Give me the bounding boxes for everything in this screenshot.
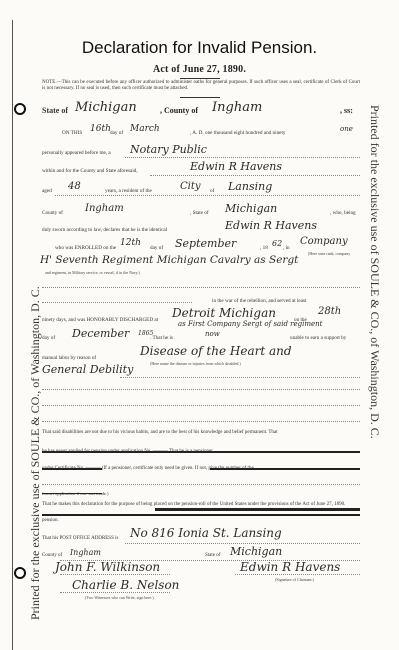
year-value: one <box>340 125 353 133</box>
note-text: NOTE.—This can be executed before any of… <box>42 80 360 92</box>
witness-label: (Two Witnesses who can Write, sign here.… <box>85 595 154 600</box>
strikethrough <box>42 493 102 494</box>
witness-1-signature: John F. Wilkinson <box>55 560 160 574</box>
address-value: No 816 Ionia St. Lansing <box>130 526 282 540</box>
state-label: State of <box>42 106 68 115</box>
discharge-note: as First Company Sergt of said regiment <box>178 320 322 328</box>
discharge-place: Detroit Michigan <box>172 306 276 320</box>
rank-note: (Here state rank, company <box>308 251 350 256</box>
witness-2-signature: Charlie B. Nelson <box>72 578 179 592</box>
claimant-signature: Edwin R Havens <box>240 560 340 574</box>
company-value: Company <box>300 236 348 247</box>
pension-declaration-form: Declaration for Invalid Pension. Act of … <box>0 0 399 650</box>
strikethrough <box>210 468 360 470</box>
side-text-left: Printed for the exclusive use of SOULE &… <box>28 286 43 620</box>
strikethrough <box>42 451 360 453</box>
enroll-day: 12th <box>120 238 141 248</box>
residence-type: City <box>180 181 201 192</box>
vicious-habits-text: That said disabilities are not due to hi… <box>42 430 360 435</box>
state2-value: Michigan <box>225 202 277 215</box>
side-text-right: Printed for the exclusive use of SOULE &… <box>367 105 382 439</box>
disability-2: General Debility <box>42 363 133 376</box>
city-value: Lansing <box>228 180 272 193</box>
day-value: 16th <box>90 124 111 134</box>
county2-value: Ingham <box>85 203 124 214</box>
divider <box>180 78 220 79</box>
disability-note: (Here name the disease or injuries from … <box>150 361 241 366</box>
enroll-month: September <box>175 237 236 250</box>
war-text: in the war of the rebellion, and served … <box>212 298 399 304</box>
discharge-day: 28th <box>318 306 341 317</box>
claimant-label: (Signature of Claimant.) <box>275 577 314 582</box>
county-value: Ingham <box>212 100 262 115</box>
county-label: , County of <box>160 106 198 115</box>
ad-text: , A. D. one thousand eight hundred and n… <box>190 130 399 136</box>
month-value: March <box>130 124 160 134</box>
age-value: 48 <box>68 181 81 192</box>
discharge-month: December <box>72 327 129 340</box>
strikethrough <box>155 508 360 511</box>
claimant-name: Edwin R Havens <box>190 160 282 173</box>
page-title: Declaration for Invalid Pension. <box>0 38 399 58</box>
now-value: now <box>205 330 220 338</box>
state-value: Michigan <box>75 100 137 115</box>
divider <box>180 97 220 98</box>
enroll-year-prefix: , 18 <box>260 245 268 251</box>
regiment-note: and regiment, in Military service, or ve… <box>45 270 140 275</box>
officer-value: Notary Public <box>130 143 207 156</box>
ss-label: , ss: <box>340 106 353 115</box>
identical-name: Edwin R Havens <box>225 219 317 232</box>
punch-hole <box>14 103 26 115</box>
page-subtitle: Act of June 27, 1890. <box>0 64 399 75</box>
po-county-value: Ingham <box>70 548 101 557</box>
strikethrough <box>42 514 360 516</box>
pension-label: pension. <box>42 518 360 523</box>
punch-hole <box>14 567 26 579</box>
disability-1: Disease of the Heart and <box>140 344 292 358</box>
regiment-value: H' Seventh Regiment Michigan Cavalry as … <box>40 254 298 266</box>
enroll-year: 62 <box>272 239 282 248</box>
po-state-value: Michigan <box>230 545 282 558</box>
who-being-label: , who, being <box>330 210 399 216</box>
page-border <box>12 20 13 650</box>
strikethrough <box>42 468 102 470</box>
unable-label: unable to earn a support by <box>290 335 399 341</box>
